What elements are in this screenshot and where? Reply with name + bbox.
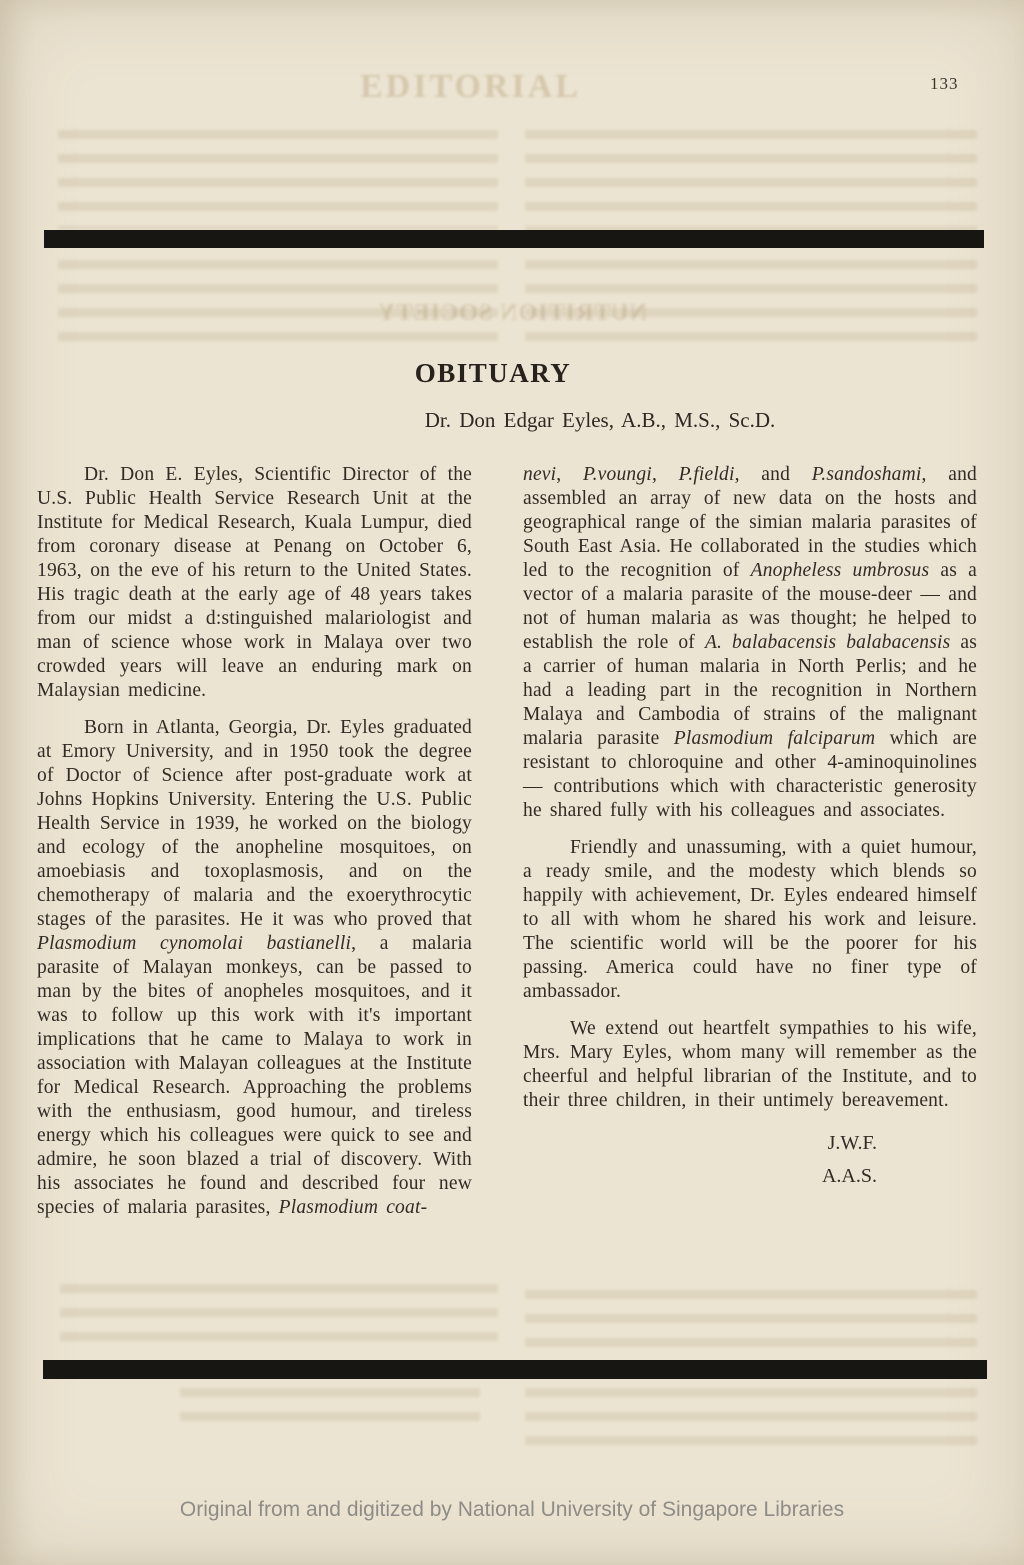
text-run: , a malaria parasite of Malayan monkeys,… [37, 933, 472, 1218]
top-rule-bar [44, 230, 984, 248]
text-run: , and [735, 464, 812, 485]
document-page: { "colors": { "paper": "#ece4d2", "ink":… [0, 0, 1024, 1565]
article-subtitle: Dr. Don Edgar Eyles, A.B., M.S., Sc.D. [205, 408, 995, 433]
italic-text-run: nevi [523, 464, 556, 485]
italic-text-run: Plasmodium coat- [279, 1197, 428, 1218]
italic-text-run: Plasmodium falciparum [674, 728, 875, 749]
italic-text-run: P.sandoshami [812, 464, 922, 485]
italic-text-run: Plasmodium cynomolai bastianelli [37, 933, 351, 954]
text-run: We extend out heartfelt sympathies to hi… [523, 1018, 977, 1111]
left-column-paragraphs: Dr. Don E. Eyles, Scientific Director of… [37, 463, 472, 1220]
signature-initials: J.W.F. [523, 1127, 877, 1160]
digitization-footer: Original from and digitized by National … [0, 1498, 1024, 1522]
italic-text-run: P.fieldi [679, 464, 735, 485]
ghost-text-block [58, 130, 498, 230]
signature-block: J.W.F. A.A.S. [523, 1127, 977, 1193]
paragraph: We extend out heartfelt sympathies to hi… [523, 1017, 977, 1113]
article-title: OBITUARY [0, 358, 986, 389]
right-column: nevi, P.voungi, P.fieldi, and P.sandosha… [523, 463, 977, 1233]
ghost-text-block [525, 130, 977, 238]
right-column-paragraphs: nevi, P.voungi, P.fieldi, and P.sandosha… [523, 463, 977, 1113]
article-body: Dr. Don E. Eyles, Scientific Director of… [37, 463, 977, 1233]
paragraph: nevi, P.voungi, P.fieldi, and P.sandosha… [523, 463, 977, 823]
text-run: , [556, 464, 583, 485]
italic-text-run: P.voungi [583, 464, 652, 485]
italic-text-run: A. balabacensis balabacensis [705, 632, 950, 653]
paragraph: Friendly and unassuming, with a quiet hu… [523, 836, 977, 1004]
paragraph: Born in Atlanta, Georgia, Dr. Eyles grad… [37, 716, 472, 1220]
text-run: Dr. Don E. Eyles, Scientific Director of… [37, 464, 472, 701]
bottom-rule-bar [43, 1360, 987, 1379]
paragraph: Dr. Don E. Eyles, Scientific Director of… [37, 463, 472, 703]
text-run: , [652, 464, 679, 485]
ghost-text-block [60, 1284, 498, 1350]
text-run: Friendly and unassuming, with a quiet hu… [523, 837, 977, 1002]
page-number: 133 [930, 74, 959, 94]
ghost-text-block [525, 1388, 977, 1460]
ghost-bleedthrough-heading: EDITORIAL [360, 68, 590, 106]
ghost-bleedthrough-mirrored-heading: NUTRITION SOCIETY [362, 300, 647, 327]
signature-initials: A.A.S. [523, 1160, 877, 1193]
italic-text-run: Anopheless umbrosus [751, 560, 930, 581]
ghost-text-block [180, 1388, 480, 1428]
left-column: Dr. Don E. Eyles, Scientific Director of… [37, 463, 472, 1233]
text-run: Born in Atlanta, Georgia, Dr. Eyles grad… [37, 717, 472, 930]
ghost-text-block [525, 1290, 977, 1352]
